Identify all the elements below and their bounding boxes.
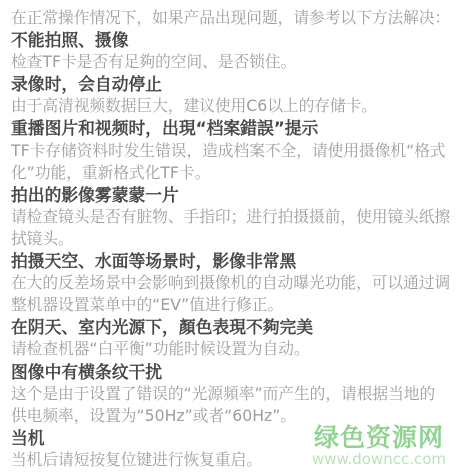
faq-answer-line: 当机后请短按复位键进行恢复重启。 bbox=[11, 449, 457, 471]
faq-answer-line: 这个是由于设置了错误的“光源頻率”而产生的，请根据当地的 bbox=[11, 383, 457, 405]
troubleshooting-document: 在正常操作情况下，如果产品出现问题，请参考以下方法解决： 不能拍照、摄像 检查T… bbox=[0, 0, 461, 474]
faq-question: 不能拍照、摄像 bbox=[11, 29, 457, 51]
faq-answer-line: 化”功能，重新格式化TF卡。 bbox=[11, 162, 457, 184]
faq-answer-line: 在大的反差场景中会影响到摄像机的自动曝光功能，可以通过调 bbox=[11, 272, 457, 294]
faq-answer-line: 供电频率，设置为“50Hz”或者“60Hz”。 bbox=[11, 405, 457, 427]
faq-answer-line: 由于高清视频数据巨大，建议使用C6以上的存储卡。 bbox=[11, 95, 457, 117]
faq-answer-line: 请检查机器“白平衡”功能时候设置为自动。 bbox=[11, 338, 457, 360]
faq-answer-line: TF卡存储资料时发生错误，造成档案不全，请使用摄像机“格式 bbox=[11, 140, 457, 162]
faq-question: 拍摄天空、水面等场景时，影像非常黑 bbox=[11, 250, 457, 272]
faq-question: 当机 bbox=[11, 427, 457, 449]
faq-question: 在阴天、室内光源下，顏色表現不夠完美 bbox=[11, 316, 457, 338]
faq-intro-line: 在正常操作情况下，如果产品出现问题，请参考以下方法解决： bbox=[11, 7, 457, 29]
faq-answer-line: 检查TF卡是否有足夠的空间、是否锁住。 bbox=[11, 51, 457, 73]
faq-question: 图像中有横条纹干扰 bbox=[11, 361, 457, 383]
faq-answer-line: 请检查镜头是否有脏物、手指印；进行拍摄摄前，使用镜头纸擦 bbox=[11, 206, 457, 228]
faq-answer-line: 整机器设置菜单中的“EV”值进行修正。 bbox=[11, 294, 457, 316]
faq-question: 录像时，会自动停止 bbox=[11, 73, 457, 95]
faq-answer-line: 拭镜头。 bbox=[11, 228, 457, 250]
faq-question: 重播图片和视频时，出現“档案錯誤”提示 bbox=[11, 117, 457, 139]
faq-question: 拍出的影像雾蒙蒙一片 bbox=[11, 184, 457, 206]
